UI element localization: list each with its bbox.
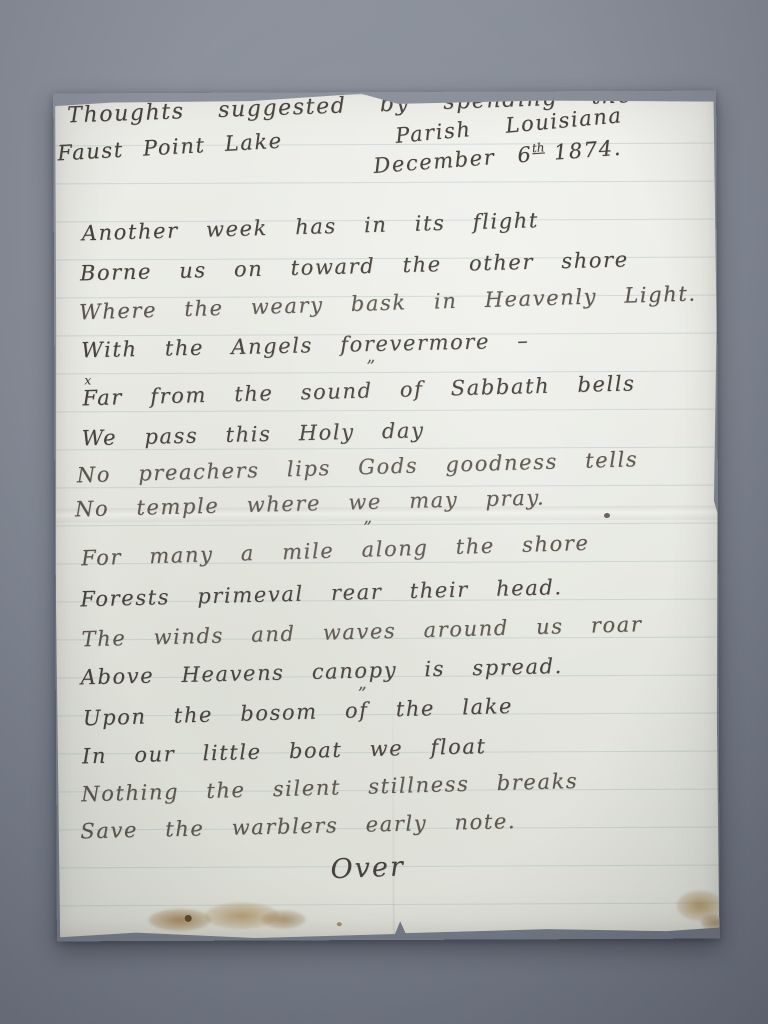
- title-line: Thoughts suggested by spending the Sabba…: [67, 76, 768, 128]
- poem-line: Far from the sound of Sabbath bells: [82, 371, 636, 410]
- stanza-separator: ”: [363, 518, 372, 538]
- stain: [262, 910, 306, 928]
- poem-line: Above Heavens canopy is spread.: [80, 654, 563, 689]
- poem-line: With the Angels forevermore –: [81, 329, 530, 363]
- stain: [205, 902, 279, 928]
- stain: [185, 915, 192, 922]
- poem-line: Nothing the silent stillness breaks: [81, 769, 579, 806]
- manuscript-page: Thoughts suggested by spending the Sabba…: [53, 91, 720, 942]
- poem-line: Forests primeval rear their head.: [80, 575, 563, 611]
- poem-line: We pass this Holy day: [81, 418, 424, 450]
- poem-line: No preachers lips Gods goodness tells: [76, 447, 638, 487]
- stanza-separator: ”: [366, 357, 375, 377]
- location-line: Faust Point Lake: [57, 129, 284, 166]
- footer-over: Over: [330, 851, 405, 885]
- poem-line: Upon the bosom of the lake: [83, 694, 514, 730]
- stain: [701, 915, 731, 931]
- poem-line: Borne us on toward the other shore: [80, 247, 629, 285]
- poem-line: Save the warblers early note.: [80, 809, 516, 843]
- poem-line: Another week has in its flight: [81, 208, 539, 245]
- stain: [604, 513, 610, 518]
- date-year: 1874.: [553, 136, 623, 165]
- poem-line: For many a mile along the shore: [81, 531, 590, 571]
- poem-line: In our little boat we float: [82, 734, 487, 768]
- date-ordinal-suffix: th: [531, 140, 545, 155]
- stain: [677, 891, 723, 921]
- stain: [337, 922, 342, 926]
- poem-line: No temple where we may pray.: [75, 485, 546, 521]
- photo-background: Thoughts suggested by spending the Sabba…: [0, 0, 768, 1024]
- stain: [149, 909, 211, 931]
- paper-sheet: Thoughts suggested by spending the Sabba…: [53, 91, 720, 942]
- poem-line: The winds and waves around us roar: [81, 612, 643, 651]
- poem-line: Where the weary bask in Heavenly Light.: [79, 281, 697, 324]
